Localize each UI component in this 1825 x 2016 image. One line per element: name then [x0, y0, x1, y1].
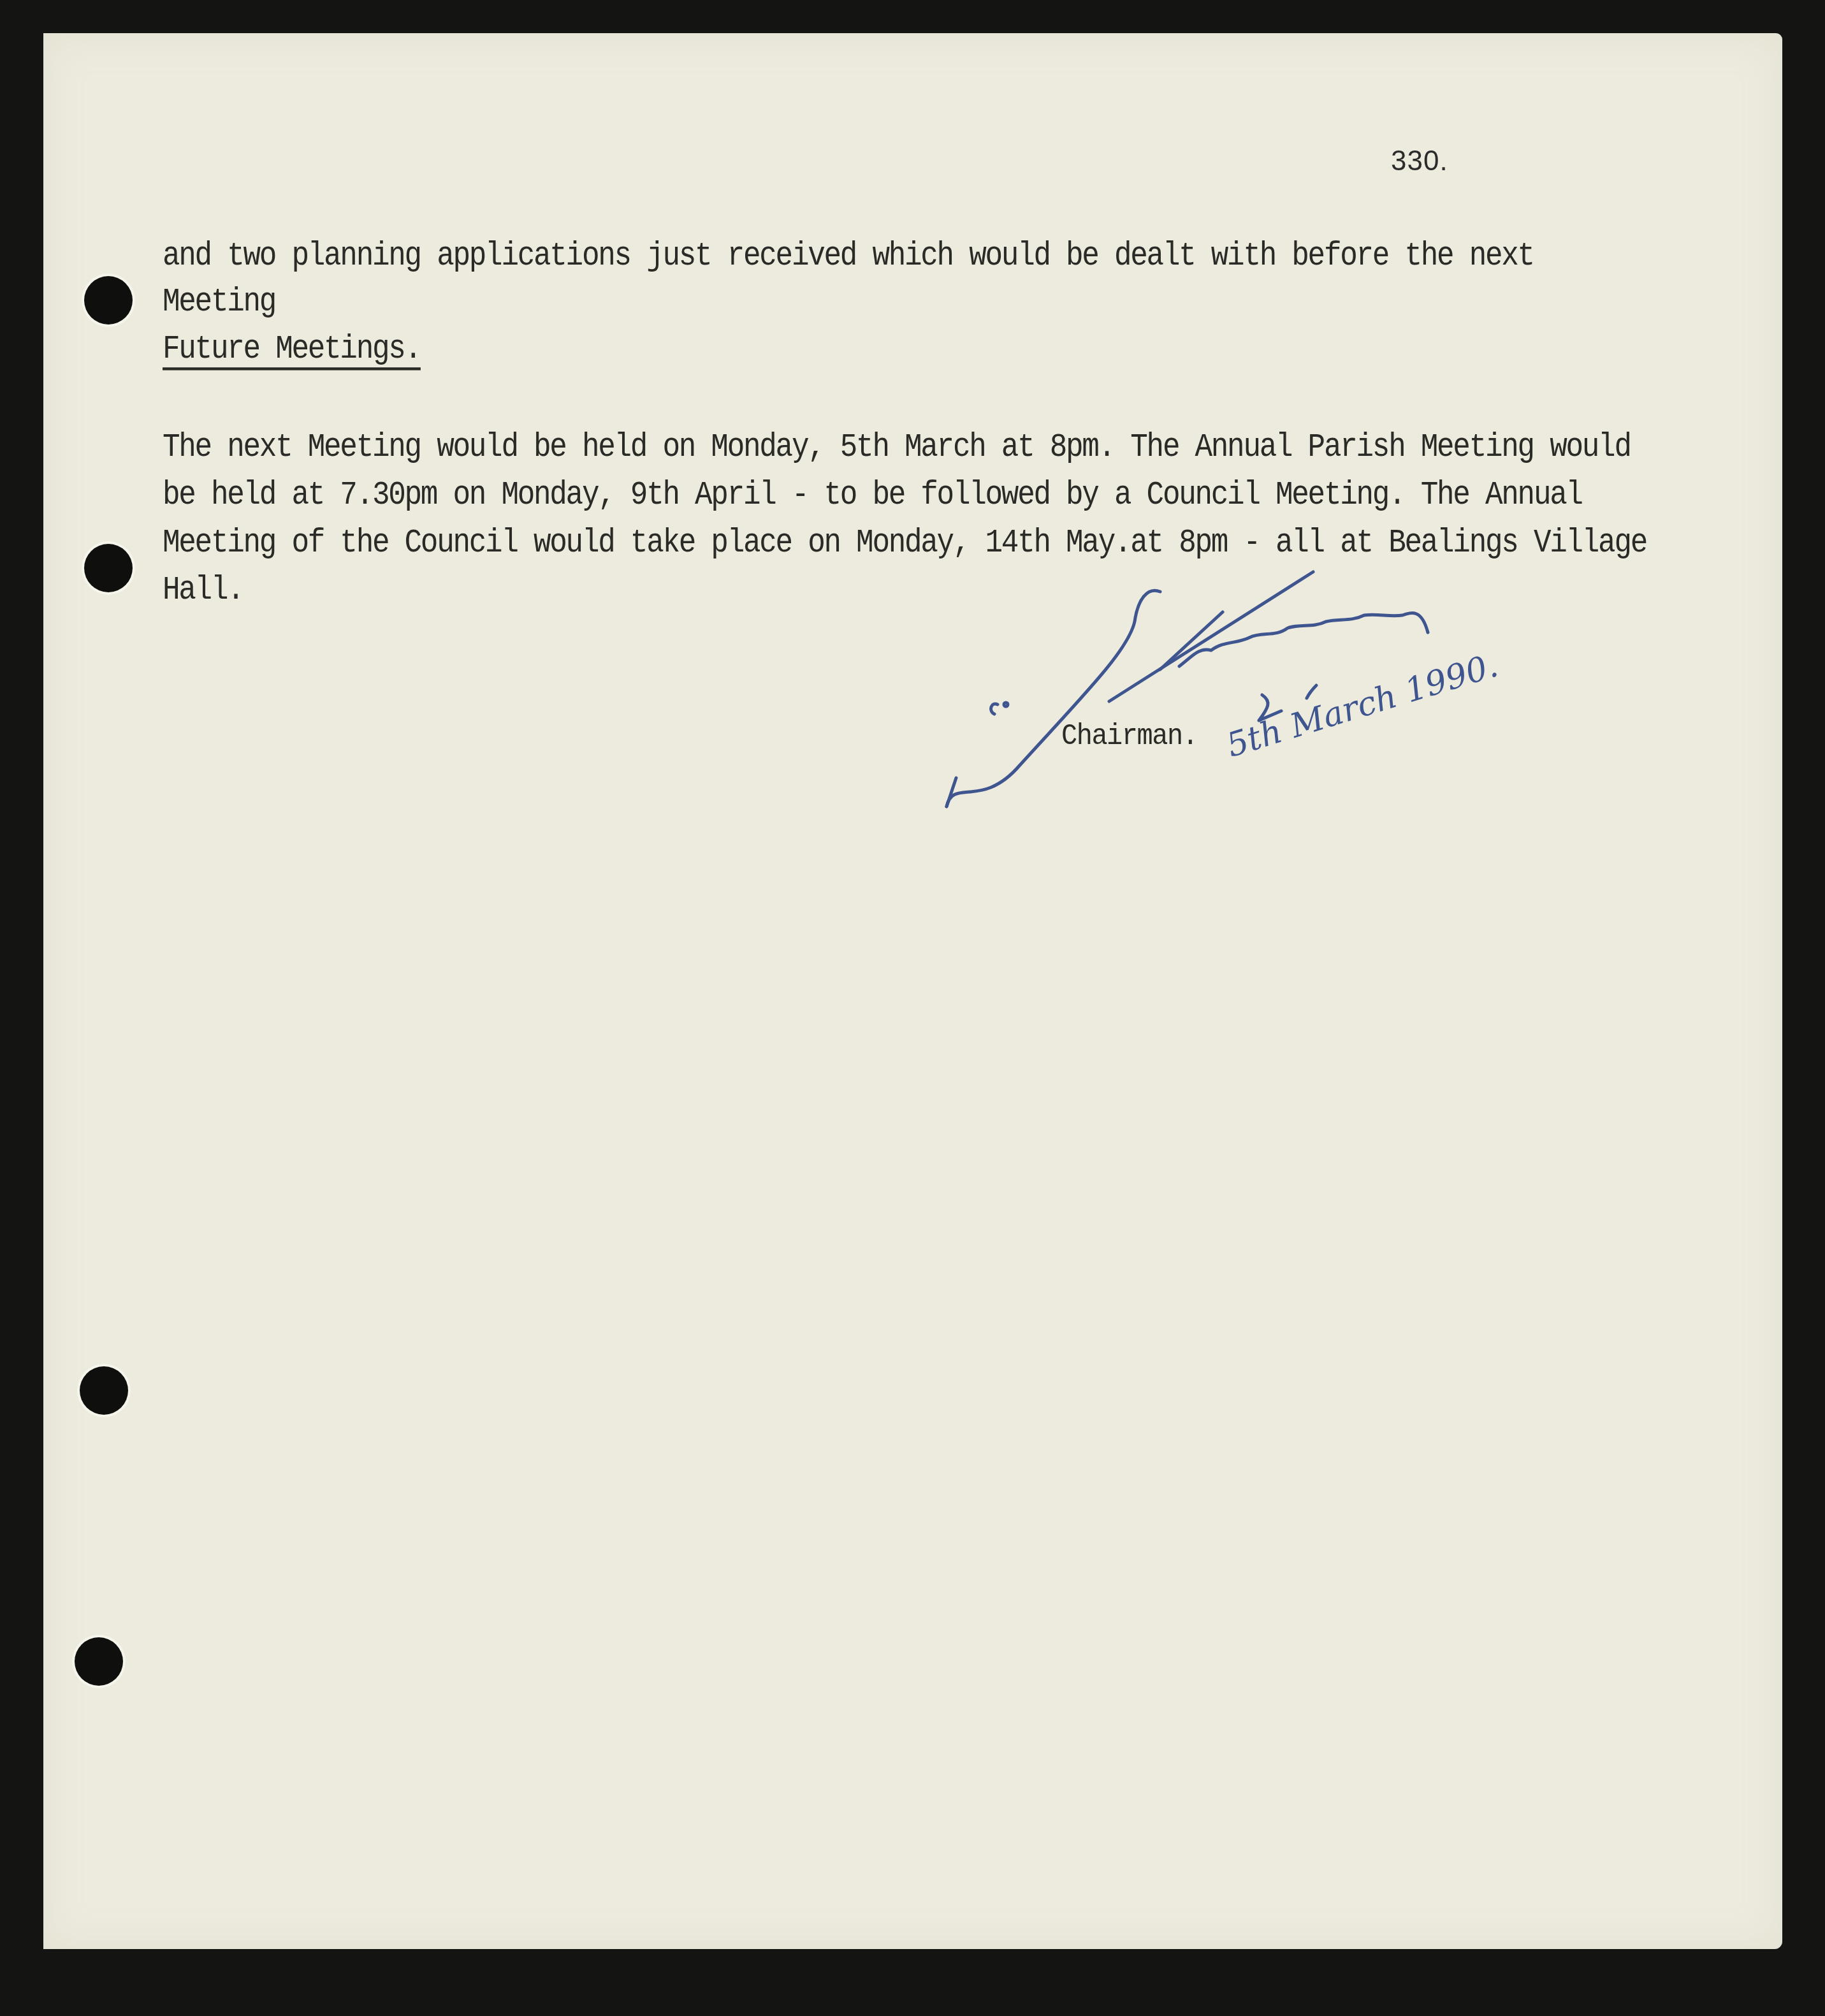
page-number: 330.: [1391, 145, 1448, 177]
continuation-text-line-1: and two planning applications just recei…: [163, 237, 1534, 274]
document-page: [43, 33, 1782, 1949]
punch-hole-1: [84, 276, 133, 325]
body-text-line-4: Hall.: [163, 571, 244, 608]
punch-hole-4: [75, 1637, 123, 1686]
section-heading-future-meetings: Future Meetings.: [163, 330, 421, 367]
chairman-label: Chairman.: [1061, 719, 1197, 754]
body-text-line-2: be held at 7.30pm on Monday, 9th April -…: [163, 476, 1582, 513]
body-text-line-3: Meeting of the Council would take place …: [163, 524, 1647, 561]
punch-hole-2: [84, 544, 133, 592]
continuation-text-line-2: Meeting: [163, 283, 275, 320]
punch-hole-3: [80, 1366, 128, 1415]
body-text-line-1: The next Meeting would be held on Monday…: [163, 428, 1631, 465]
